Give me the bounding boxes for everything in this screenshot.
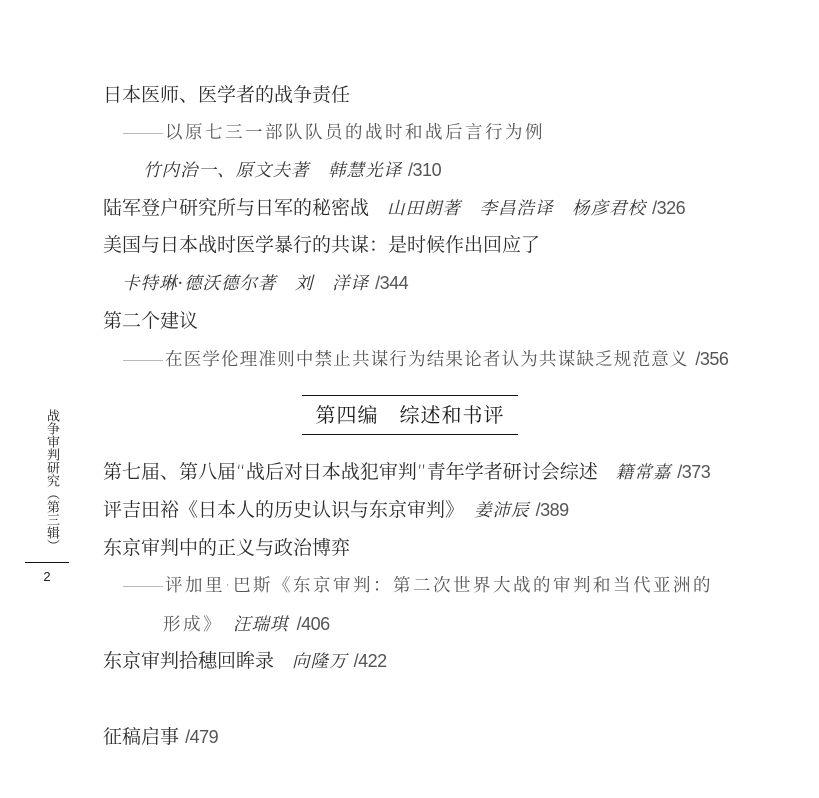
entry-authors: 汪瑞琪 — [233, 615, 289, 635]
em-dash — [123, 586, 163, 587]
entry-title-text: 美国与日本战时医学暴行的共谋：是时候作出回应了 — [103, 234, 540, 256]
toc-entry-subtitle: 评加里·巴斯《东京审判：第二次世界大战的审判和当代亚洲的 — [103, 574, 713, 598]
entry-authors: 卡特琳·德沃德尔著 刘 洋译 — [122, 274, 369, 294]
entry-page-number: /389 — [536, 500, 569, 520]
toc-entry-title: 日本医师、医学者的战争责任 — [103, 83, 350, 107]
entry-page-number: /373 — [677, 462, 710, 482]
toc-entry-byline: 卡特琳·德沃德尔著 刘 洋译 /344 — [122, 271, 408, 296]
entry-page-number: /422 — [354, 651, 387, 671]
entry-page-number: /356 — [695, 349, 728, 369]
entry-authors: 竹内治一、原文夫著 韩慧光译 — [143, 161, 402, 181]
toc-entry-subtitle: 以原七三一部队队员的战时和战后言行为例 — [103, 121, 545, 145]
entry-authors: 籍常嘉 — [616, 463, 672, 483]
entry-subtitle-text: 形成》 — [163, 615, 223, 635]
entry-title-text: 征稿启事 — [103, 726, 179, 748]
folio-page-number: 2 — [25, 569, 69, 584]
entry-title-text: 东京审判中的正义与政治博弈 — [103, 537, 350, 559]
entry-authors: 向隆万 — [292, 652, 348, 672]
toc-entry-title: 东京审判中的正义与政治博弈 — [103, 536, 350, 560]
toc-page: 战争审判研究（第三辑） 2 日本医师、医学者的战争责任 以原七三一部队队员的战时… — [0, 0, 819, 798]
toc-entry-subtitle-cont: 形成》汪瑞琪 /406 — [163, 612, 330, 637]
toc-entry-title: 征稿启事 /479 — [103, 725, 218, 749]
entry-title-text: 评吉田裕《日本人的历史认识与东京审判》 — [103, 499, 464, 521]
entry-title-text: 陆军登户研究所与日军的秘密战 — [103, 197, 369, 219]
entry-page-number: /326 — [652, 198, 685, 218]
entry-title-text: 第七届、第八届“战后对日本战犯审判”青年学者研讨会综述 — [103, 461, 598, 483]
toc-entry-title: 陆军登户研究所与日军的秘密战山田朗著 李昌浩译 杨彦君校 /326 — [103, 196, 685, 221]
entry-subtitle-text: 评加里·巴斯《东京审判：第二次世界大战的审判和当代亚洲的 — [165, 576, 713, 596]
toc-entry-title: 东京审判拾穗回眸录向隆万 /422 — [103, 649, 387, 674]
entry-subtitle-text: 在医学伦理准则中禁止共谋行为结果论者认为共谋缺乏规范意义 — [165, 350, 689, 370]
toc-entry-title: 评吉田裕《日本人的历史认识与东京审判》姜沛辰 /389 — [103, 498, 569, 523]
entry-authors: 山田朗著 李昌浩译 杨彦君校 — [387, 199, 646, 219]
toc-entry-byline: 竹内治一、原文夫著 韩慧光译 /310 — [143, 158, 441, 183]
entry-page-number: /406 — [297, 614, 330, 634]
entry-page-number: /479 — [185, 727, 218, 747]
toc-entry-title: 美国与日本战时医学暴行的共谋：是时候作出回应了 — [103, 233, 540, 257]
entry-page-number: /344 — [375, 273, 408, 293]
toc-entry-title: 第七届、第八届“战后对日本战犯审判”青年学者研讨会综述籍常嘉 /373 — [103, 460, 710, 485]
entry-page-number: /310 — [408, 160, 441, 180]
entry-subtitle-text: 以原七三一部队队员的战时和战后言行为例 — [165, 123, 545, 143]
section-heading: 第四编 综述和书评 — [302, 395, 518, 435]
em-dash — [123, 360, 163, 361]
entry-title-text: 第二个建议 — [103, 310, 198, 332]
entry-title-text: 日本医师、医学者的战争责任 — [103, 84, 350, 106]
running-title: 战争审判研究（第三辑） — [36, 405, 58, 555]
running-title-rule — [25, 562, 69, 563]
entry-authors: 姜沛辰 — [474, 501, 530, 521]
em-dash — [123, 133, 163, 134]
toc-entry-subtitle: 在医学伦理准则中禁止共谋行为结果论者认为共谋缺乏规范意义 /356 — [103, 347, 728, 372]
entry-title-text: 东京审判拾穗回眸录 — [103, 650, 274, 672]
toc-entry-title: 第二个建议 — [103, 309, 198, 333]
